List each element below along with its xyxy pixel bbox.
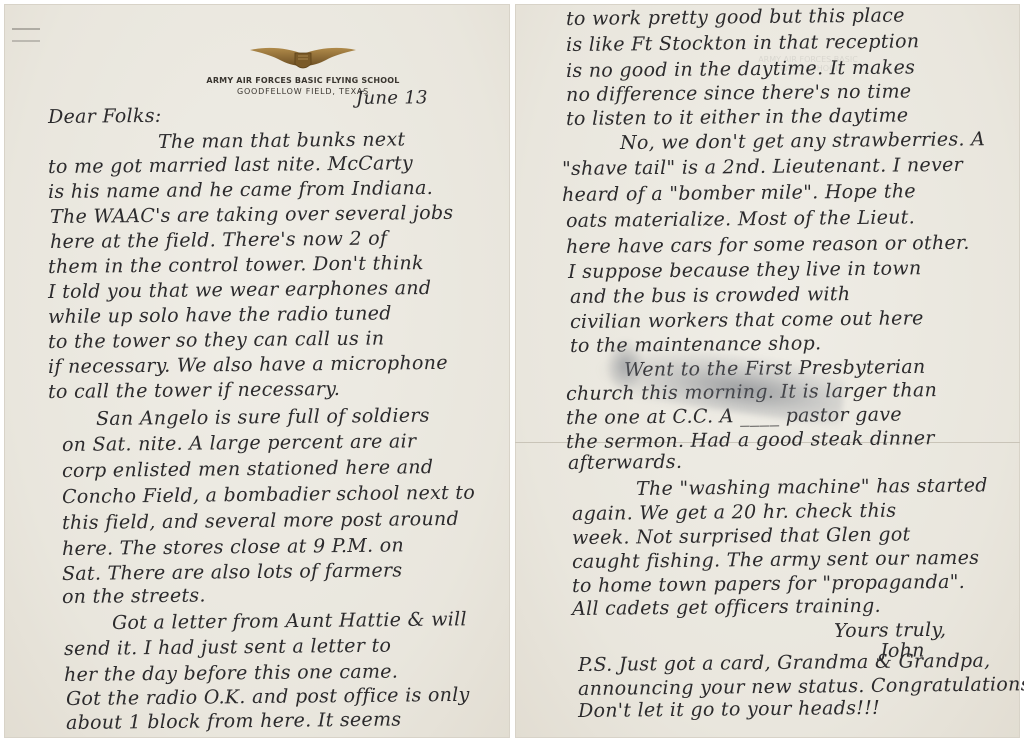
handwritten-line: about 1 block from here. It seems <box>66 708 402 734</box>
handwritten-line: to home town papers for "propaganda". <box>572 571 965 597</box>
handwritten-line: here have cars for some reason or other. <box>566 232 970 258</box>
handwritten-line: the sermon. Had a good steak dinner <box>566 427 935 453</box>
handwritten-line: on the streets. <box>62 584 206 608</box>
handwritten-line: here at the field. There's now 2 of <box>50 227 387 253</box>
handwritten-line: "shave tail" is a 2nd. Lieutenant. I nev… <box>562 154 963 180</box>
handwritten-line: heard of a "bomber mile". Hope the <box>562 180 916 206</box>
handwritten-line: to call the tower if necessary. <box>48 378 340 403</box>
handwritten-line: is his name and he came from Indiana. <box>48 177 433 203</box>
handwritten-line: is like Ft Stockton in that reception <box>566 30 920 56</box>
handwritten-line: and the bus is crowded with <box>570 283 851 308</box>
handwritten-line: I suppose because they live in town <box>568 257 922 283</box>
handwritten-line: civilian workers that come out here <box>570 307 924 333</box>
handwritten-line: week. Not surprised that Glen got <box>572 523 911 549</box>
handwritten-line: to listen to it either in the daytime <box>566 104 909 130</box>
pilot-wings-icon <box>248 44 358 74</box>
handwritten-line: caught fishing. The army sent our names <box>572 547 980 573</box>
staple-mark <box>12 28 40 42</box>
handwritten-line: The WAAC's are taking over several jobs <box>50 202 454 228</box>
handwritten-line: San Angelo is sure full of soldiers <box>96 405 430 430</box>
handwritten-line: to work pretty good but this place <box>566 4 905 30</box>
handwritten-line: Got the radio O.K. and post office is on… <box>66 684 470 710</box>
handwritten-line: Concho Field, a bombadier school next to <box>62 482 475 508</box>
handwritten-line: The man that bunks next <box>158 128 406 153</box>
handwritten-line: send it. I had just sent a letter to <box>64 635 391 660</box>
handwritten-line: to me got married last nite. McCarty <box>48 152 413 178</box>
handwritten-line: while up solo have the radio tuned <box>48 302 392 328</box>
handwritten-line: again. We get a 20 hr. check this <box>572 500 897 525</box>
handwritten-line: here. The stores close at 9 P.M. on <box>62 534 404 560</box>
handwritten-line: her the day before this one came. <box>64 661 398 686</box>
handwritten-line: no difference since there's no time <box>566 80 912 106</box>
handwritten-line: afterwards. <box>568 451 682 474</box>
closing: Yours truly, <box>834 619 947 642</box>
letter-date: June 13 <box>356 87 428 109</box>
handwritten-line: I told you that we wear earphones and <box>48 277 432 303</box>
handwritten-line: Got a letter from Aunt Hattie & will <box>112 608 467 634</box>
handwritten-line: All cadets get officers training. <box>572 595 881 620</box>
postscript-line: announcing your new status. Congratulati… <box>578 673 1024 700</box>
handwritten-line: to the tower so they can call us in <box>48 327 385 353</box>
salutation: Dear Folks: <box>48 105 162 128</box>
handwritten-line: this field, and several more post around <box>62 508 459 534</box>
handwritten-line: corp enlisted men stationed here and <box>62 456 434 482</box>
handwritten-line: is no good in the daytime. It makes <box>566 56 915 82</box>
postscript-line: P.S. Just got a card, Grandma & Grandpa, <box>578 650 991 676</box>
ink-smudge <box>605 338 645 393</box>
handwritten-line: oats materialize. Most of the Lieut. <box>566 206 915 232</box>
handwritten-line: No, we don't get any strawberries. A <box>620 128 985 154</box>
handwritten-line: them in the control tower. Don't think <box>48 252 424 278</box>
handwritten-line: on Sat. nite. A large percent are air <box>62 430 417 456</box>
handwritten-line: Sat. There are also lots of farmers <box>62 559 403 585</box>
handwritten-line: The "washing machine" has started <box>636 474 988 500</box>
postscript-line: Don't let it go to your heads!!! <box>578 697 880 722</box>
handwritten-line: if necessary. We also have a microphone <box>48 352 448 378</box>
letterhead-school-name: ARMY AIR FORCES BASIC FLYING SCHOOL <box>188 76 418 85</box>
